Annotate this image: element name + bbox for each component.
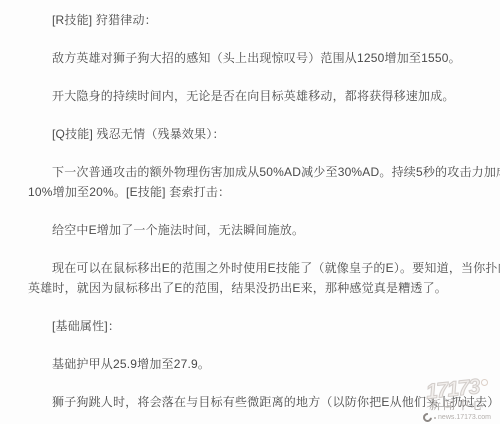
paragraph-r-skill-stealth: 开大隐身的持续时间内，无论是否在向目标英雄移动，都将获得移速加成。	[28, 86, 494, 106]
bullet-dot-icon	[434, 417, 436, 419]
paragraph-q-skill-damage: 下一次普通攻击的额外物理伤害加成从50%AD减少至30%AD。持续5秒的攻击力加…	[28, 162, 494, 202]
paragraph-line: 下一次普通攻击的额外物理伤害加成从50%AD减少至30%AD。持续5秒的攻击力加…	[28, 162, 494, 182]
paragraph-line: 敌方英雄对狮子狗大招的感知（头上出现惊叹号）范围从1250增加至1550。	[28, 48, 494, 68]
paragraph-line: 狮子狗跳人时，将会落在与目标有些微距离的地方（以防你把E从他们头上扔过去）	[28, 392, 494, 412]
patch-notes-article: [R技能] 狩猎律动： 敌方英雄对狮子狗大招的感知（头上出现惊叹号）范围从125…	[0, 0, 500, 412]
paragraph-line: 开大隐身的持续时间内，无论是否在向目标英雄移动，都将获得移速加成。	[28, 86, 494, 106]
paragraph-line: [基础属性]：	[28, 316, 494, 336]
paragraph-line: [R技能] 狩猎律动：	[28, 10, 494, 30]
paragraph-r-skill-range: 敌方英雄对狮子狗大招的感知（头上出现惊叹号）范围从1250增加至1550。	[28, 48, 494, 68]
watermark-url-row: news.17173.com	[414, 413, 500, 422]
watermark-url: news.17173.com	[438, 414, 491, 422]
paragraph-q-skill-title: [Q技能] 残忍无情（残暴效果）：	[28, 124, 494, 144]
article-page: [R技能] 狩猎律动： 敌方英雄对狮子狗大招的感知（头上出现惊叹号）范围从125…	[0, 0, 500, 424]
paragraph-e-skill-casttime: 给空中E增加了一个施法时间，无法瞬间施放。	[28, 220, 494, 240]
paragraph-base-armor: 基础护甲从25.9增加至27.9。	[28, 354, 494, 374]
paragraph-line: 基础护甲从25.9增加至27.9。	[28, 354, 494, 374]
paragraph-line: [Q技能] 残忍无情（残暴效果）：	[28, 124, 494, 144]
paragraph-line: 现在可以在鼠标移出E的范围之外时使用E技能了（就像皇子的E）。要知道，当你扑向一…	[28, 258, 494, 278]
paragraph-r-skill-title: [R技能] 狩猎律动：	[28, 10, 494, 30]
paragraph-line: 英雄时，就因为鼠标移出了E的范围，结果没扔出E来，那种感觉真是糟透了。	[28, 278, 494, 298]
paragraph-base-stats-title: [基础属性]：	[28, 316, 494, 336]
paragraph-line: 给空中E增加了一个施法时间，无法瞬间施放。	[28, 220, 494, 240]
paragraph-e-skill-range: 现在可以在鼠标移出E的范围之外时使用E技能了（就像皇子的E）。要知道，当你扑向一…	[28, 258, 494, 298]
crescent-logo-icon	[421, 411, 434, 424]
paragraph-line: 10%增加至20%。[E技能] 套索打击：	[28, 182, 494, 202]
paragraph-leap-distance: 狮子狗跳人时，将会落在与目标有些微距离的地方（以防你把E从他们头上扔过去）	[28, 392, 494, 412]
